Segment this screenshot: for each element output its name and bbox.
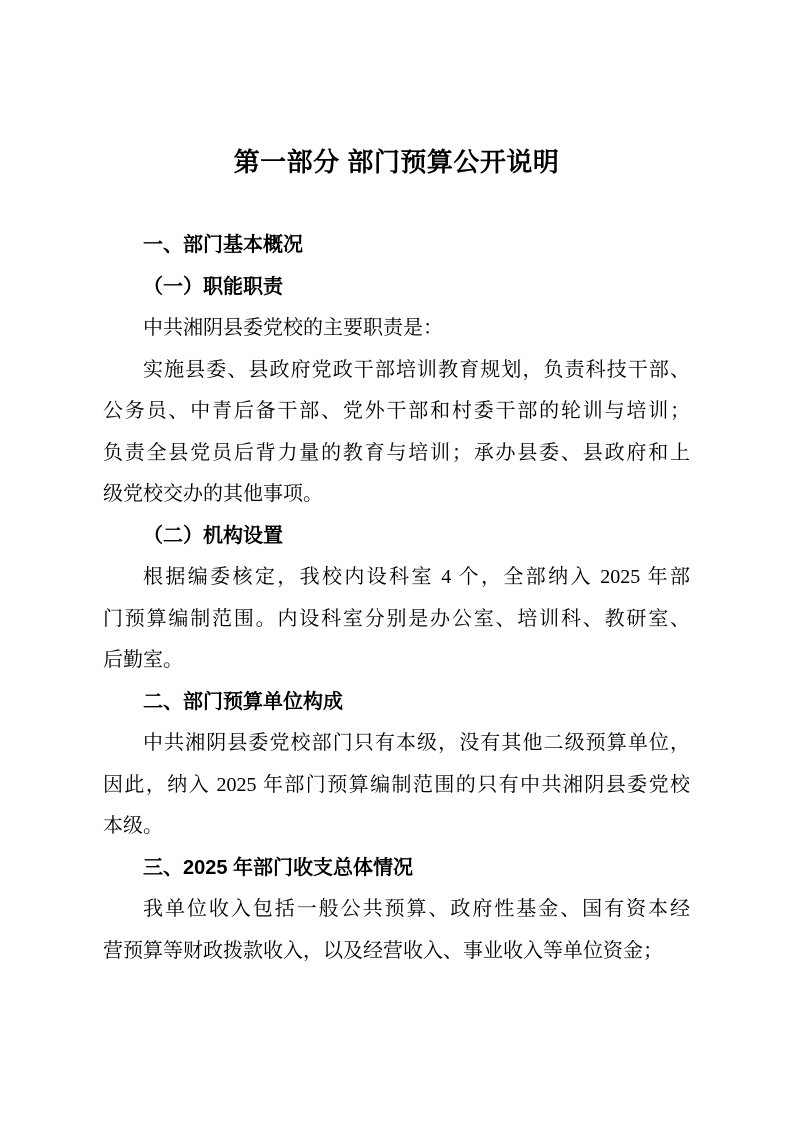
paragraph-line: 我单位收入包括一般公共预算、政府性基金、国有资本经 <box>103 889 690 931</box>
document-title: 第一部分 部门预算公开说明 <box>103 146 690 179</box>
paragraph-line: 本级。 <box>103 806 690 848</box>
section-heading: （二）机构设置 <box>103 516 690 558</box>
paragraph-line: 公务员、中青后备干部、党外干部和村委干部的轮训与培训； <box>103 391 690 433</box>
paragraph-line: 负责全县党员后背力量的教育与培训；承办县委、县政府和上 <box>103 433 690 475</box>
paragraph-line: 营预算等财政拨款收入，以及经营收入、事业收入等单位资金； <box>103 931 690 973</box>
section-heading: 一、部门基本概况 <box>103 225 690 267</box>
paragraph-line: 实施县委、县政府党政干部培训教育规划，负责科技干部、 <box>103 350 690 392</box>
paragraph-line: 后勤室。 <box>103 640 690 682</box>
section-heading: 三、2025 年部门收支总体情况 <box>103 848 690 890</box>
section-heading: （一）职能职责 <box>103 267 690 309</box>
paragraph-line: 因此，纳入 2025 年部门预算编制范围的只有中共湘阴县委党校 <box>103 765 690 807</box>
section-heading: 二、部门预算单位构成 <box>103 682 690 724</box>
paragraph-line: 级党校交办的其他事项。 <box>103 474 690 516</box>
document-body: 一、部门基本概况（一）职能职责中共湘阴县委党校的主要职责是：实施县委、县政府党政… <box>103 225 690 972</box>
paragraph-line: 门预算编制范围。内设科室分别是办公室、培训科、教研室、 <box>103 599 690 641</box>
paragraph-line: 中共湘阴县委党校部门只有本级，没有其他二级预算单位， <box>103 723 690 765</box>
paragraph-line: 根据编委核定，我校内设科室 4 个，全部纳入 2025 年部 <box>103 557 690 599</box>
paragraph-line: 中共湘阴县委党校的主要职责是： <box>103 308 690 350</box>
document-page: 第一部分 部门预算公开说明 一、部门基本概况（一）职能职责中共湘阴县委党校的主要… <box>0 0 793 1122</box>
